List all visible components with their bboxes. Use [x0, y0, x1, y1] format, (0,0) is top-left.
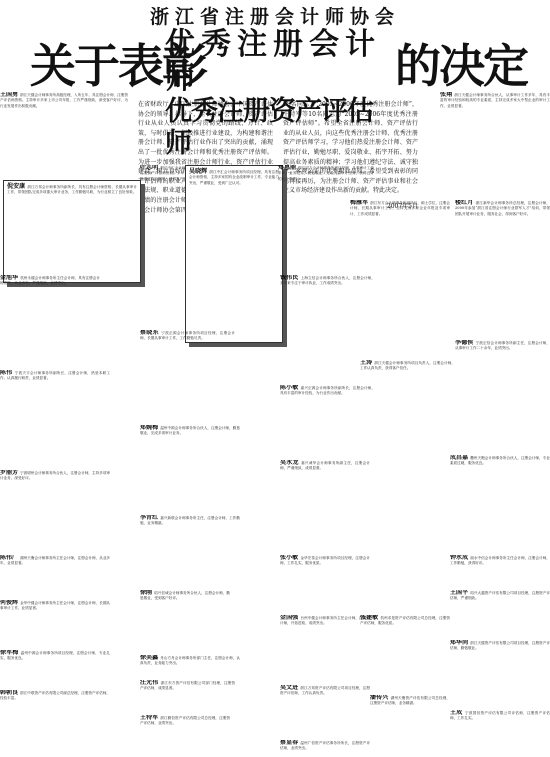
profile-2: 张翔 浙江天健会计师事务所合伙人，从事审计工作多年，具有丰富的审计经验和较高的专… [440, 92, 550, 202]
profile-3: 倪安康 浙江万邦会计师事务所副所长，具有注册会计师资格，长期从事审计工作，带领团… [3, 180, 141, 283]
profile-34: 汪光伟 浙江东方资产评估有限公司部门经理，注册资产评估师，成绩显著。 [140, 680, 235, 750]
profile-name: 吴晓辉 [189, 168, 209, 175]
profile-20: 成昌嘉 衢州天衡会计师事务所合伙人，注册会计师，专业素质过硬，服务优良。 [450, 455, 550, 555]
masthead: 浙江省注册会计师协会 [0, 2, 550, 29]
profile-text: 浙江万邦会计师事务所副所长，具有注册会计师资格，长期从事审计工作，带领团队完成多… [7, 185, 137, 194]
profile-33: 郑华尚 浙江天健资产评估有限公司项目经理，注册资产评估师，勤勉敬业。 [450, 640, 550, 710]
profile-19: 吴永龙 嘉兴诚华会计师事务所副主任，注册会计师，严谨细致，成绩显著。 [280, 460, 370, 570]
profile-9: 金旭华 杭州永健会计师事务所主任会计师，具有注册会计师资格，从业多年，严谨细致，… [0, 275, 100, 365]
profile-8: 楼红月 浙江新华会计师事务所总经理，注册会计师，2000年参加“浙江省注册会计师… [455, 200, 550, 340]
profile-text: 浙江天健会计师事务所高级经理，入所五年，具注册会计师、注册资产评估师资格。主持审… [0, 93, 128, 108]
headline-middle-line1: 优秀注册会计师 [165, 28, 385, 96]
headline-right: 的决定 [395, 30, 527, 96]
profile-26: 金国强 台州中健会计师事务所主任会计师，注册会计师，开拓进取，成绩突出。 [280, 615, 370, 685]
profile-35: 张建敏 杭州求是资产评估有限公司总经理，注册资产评估师，服务优质。 [360, 615, 450, 685]
profile-36: 王国平 绍兴大越资产评估有限公司项目经理，注册资产评估师，严谨细致。 [450, 590, 550, 640]
profile-32: 潘传兴 湖州天衡资产评估有限公司总经理，注册资产评估师，业务精湛。 [370, 695, 450, 755]
profile-12: 陈伟 宁波天宇会计师事务所副所长，注册会计师，热爱本职工作，认真履行职责，业绩显… [0, 370, 110, 470]
profile-13: 郑婉梅 温州中源会计师事务所合伙人，注册会计师，勤恳敬业，完成多项审计业务。 [140, 425, 240, 515]
profile-38: 蔡显春 温州广信资产评估事务所所长，注册资产评估师，业绩突出。 [280, 740, 370, 757]
profile-text: 浙江天健会计师事务所项目负责人，注册会计师，工作认真负责，获得客户信任。 [360, 361, 455, 370]
profile-text: 浙江天健会计师事务所合伙人，从事审计工作多年，具有丰富的审计经验和较高的专业素质… [440, 93, 550, 108]
profile-16: 李德侯 宁波正信会计师事务所副主任，注册会计师，从事审计工作二十余年，业绩突出。 [455, 340, 550, 450]
profile-31: 韩朝良 浙江中联资产评估有限公司副总经理，注册资产评估师，经验丰富。 [0, 690, 110, 755]
profile-name: 倪安康 [7, 183, 27, 190]
profile-10: 蔡晓东 宁波正源会计师事务所项目经理，注册会计师，长期从事审计工作，工作勤勉尽责… [140, 330, 235, 420]
profile-1: 王国勇 浙江天健会计师事务所高级经理，入所五年，具注册会计师、注册资产评估师资格… [0, 92, 128, 162]
profile-text: 宁波国信资产评估有限公司评估师，注册资产评估师，工作扎实。 [450, 711, 550, 720]
profile-22: 徐刚 绍兴信诚会计师事务所合伙人，注册会计师，勤恳敬业，受到客户好评。 [140, 590, 230, 660]
profile-text: 宁波天宇会计师事务所副所长，注册会计师，热爱本职工作，认真履行职责，业绩显著。 [0, 371, 110, 380]
profile-5: 吴晓辉 浙江中汇会计师事务所项目经理，具有注册会计师资格，主持多家国有企业改制审… [185, 165, 283, 343]
profile-15: 王涛 浙江天健会计师事务所项目负责人，注册会计师，工作认真负责，获得客户信任。 [360, 360, 455, 450]
profile-18: 李青红 嘉兴新联会计师事务所主任，注册会计师，工作勤勉，业务精湛。 [140, 515, 240, 590]
profile-text: 绍兴信诚会计师事务所合伙人，注册会计师，勤恳敬业，受到客户好评。 [140, 591, 230, 600]
profile-37: 王成 宁波国信资产评估有限公司评估师，注册资产评估师，工作扎实。 [450, 710, 550, 757]
